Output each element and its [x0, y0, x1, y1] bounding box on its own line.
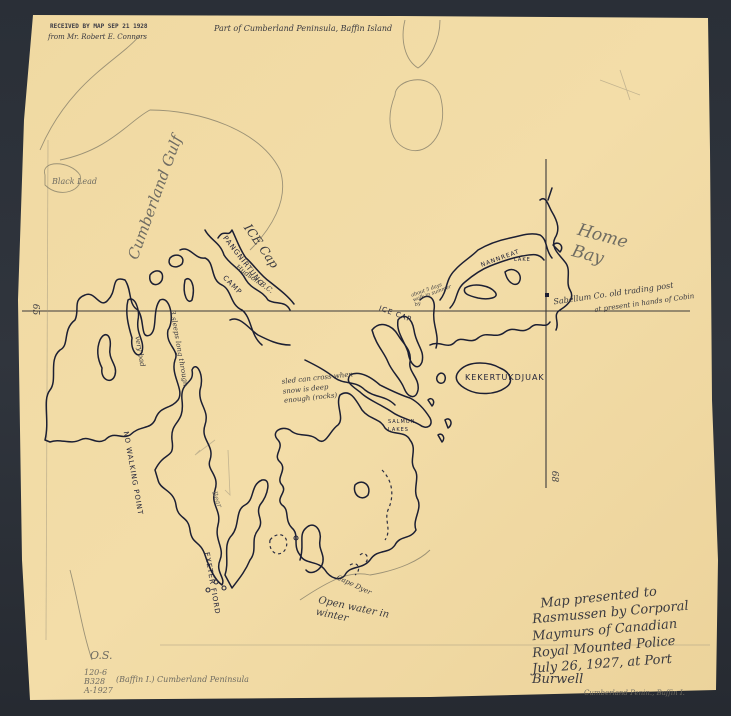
- longitude-label: 68: [549, 471, 558, 482]
- presentation-note: Map presented to Rasmussen by Corporal M…: [532, 588, 722, 686]
- label-black-lead: Black Lead: [52, 178, 97, 186]
- map-title: Part of Cumberland Peninsula, Baffin Isl…: [214, 25, 392, 33]
- call-number-1: 120-6: [84, 669, 107, 677]
- label-kekertukdjuak: KEKERTUKDJUAK: [465, 374, 545, 382]
- note-line: Burwell: [532, 673, 722, 686]
- catalog-description: (Baffin I.) Cumberland Peninsula: [116, 676, 249, 684]
- received-stamp: RECEIVED BY MAP SEP 21 1928: [50, 24, 148, 30]
- latitude-label: 65: [30, 304, 39, 315]
- label-lake: LAKE: [514, 258, 531, 263]
- trading-post-marker: [545, 293, 549, 297]
- footer-pencil-note: Cumberland Penin., Baffin I.: [584, 690, 685, 697]
- call-number-3: A-1927: [84, 687, 113, 695]
- call-number-2: B328: [84, 678, 105, 686]
- label-salmon-lakes: SALMON LAKES: [388, 418, 418, 434]
- received-from: from Mr. Robert E. Connors: [48, 34, 147, 41]
- catalog-mark: O.S.: [90, 650, 113, 661]
